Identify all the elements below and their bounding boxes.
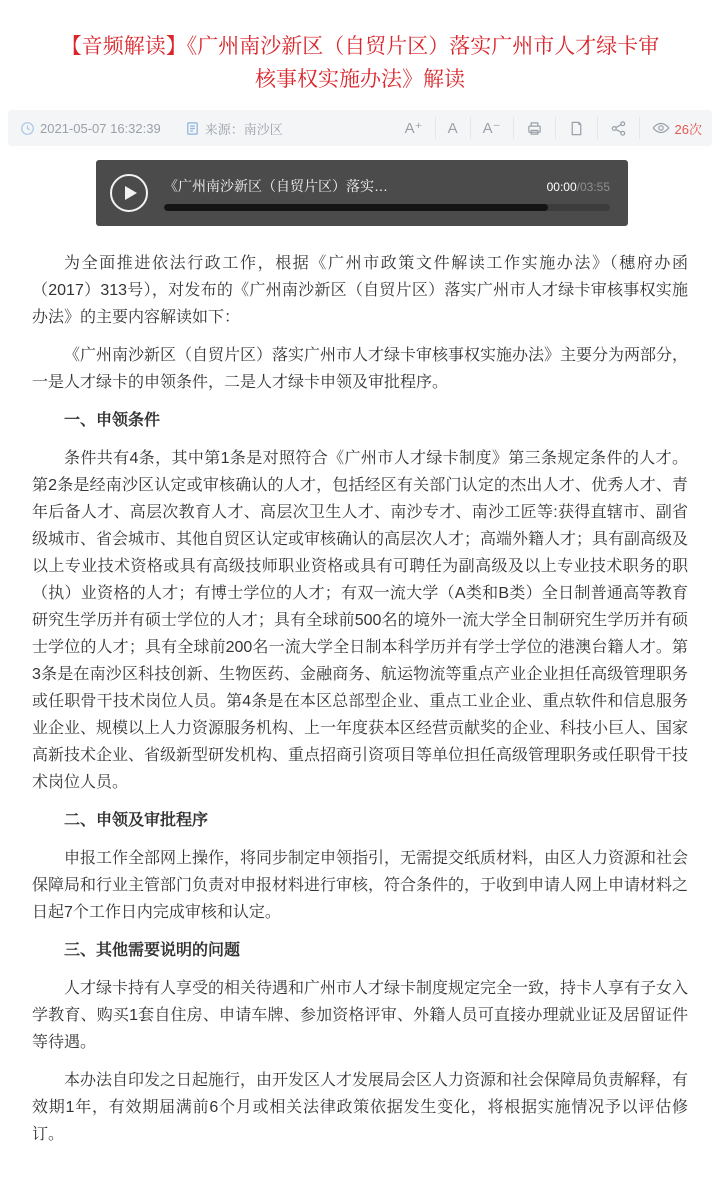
page-title: 【音频解读】《广州南沙新区（自贸片区）落实广州市人才绿卡审核事权实施办法》解读 [60, 30, 660, 96]
eye-icon [652, 119, 670, 137]
document-icon [185, 121, 200, 136]
paragraph-procedure: 申报工作全部网上操作，将同步制定申领指引，无需提交纸质材料，由区人力资源和社会保… [32, 845, 688, 926]
font-reset-button[interactable]: A [436, 117, 471, 139]
audio-time: 00:00/03:55 [547, 180, 610, 194]
player-toprow: 《广州南沙新区（自贸片区）落实… 00:00/03:55 [164, 176, 610, 196]
audio-player: 《广州南沙新区（自贸片区）落实… 00:00/03:55 [96, 160, 628, 226]
paragraph-validity: 本办法自印发之日起施行，由开发区人才发展局会区人力资源和社会保障局负责解释，有效… [32, 1067, 688, 1148]
paragraph-intro: 为全面推进依法行政工作，根据《广州市政策文件解读工作实施办法》（穗府办函（201… [32, 250, 688, 331]
copy-button[interactable] [556, 117, 598, 139]
player-main: 《广州南沙新区（自贸片区）落实… 00:00/03:55 [164, 176, 610, 211]
progress-bar[interactable] [164, 204, 610, 211]
section-1-heading: 一、申领条件 [32, 407, 688, 434]
source-label: 来源：南沙区 [205, 119, 283, 138]
progress-fill [164, 204, 548, 211]
meta-bar: 2021-05-07 16:32:39 来源：南沙区 A⁺ A A⁻ [8, 110, 712, 146]
share-button[interactable] [598, 117, 640, 139]
meta-left: 2021-05-07 16:32:39 来源：南沙区 [20, 119, 301, 138]
article-body: 为全面推进依法行政工作，根据《广州市政策文件解读工作实施办法》（穗府办函（201… [0, 226, 720, 1185]
source: 来源：南沙区 [185, 119, 283, 138]
current-time: 00:00 [547, 180, 577, 194]
printer-icon [526, 120, 543, 137]
duration: 03:55 [580, 180, 610, 194]
play-button[interactable] [110, 174, 148, 212]
font-decrease-button[interactable]: A⁻ [471, 117, 514, 139]
view-count-label: 26次 [675, 119, 702, 138]
view-counter: 26次 [640, 119, 702, 138]
play-icon [125, 186, 137, 200]
copy-icon [568, 120, 585, 137]
clock-icon [20, 121, 35, 136]
font-increase-button[interactable]: A⁺ [393, 117, 436, 139]
publish-datetime-label: 2021-05-07 16:32:39 [40, 121, 161, 136]
audio-title: 《广州南沙新区（自贸片区）落实… [164, 176, 388, 196]
publish-datetime: 2021-05-07 16:32:39 [20, 121, 161, 136]
toolbar: A⁺ A A⁻ [393, 117, 702, 139]
paragraph-conditions: 条件共有4条，其中第1条是对照符合《广州市人才绿卡制度》第三条规定条件的人才。第… [32, 445, 688, 796]
section-2-heading: 二、申领及审批程序 [32, 807, 688, 834]
share-icon [610, 120, 627, 137]
paragraph-overview: 《广州南沙新区（自贸片区）落实广州市人才绿卡审核事权实施办法》主要分为两部分，一… [32, 342, 688, 396]
print-button[interactable] [514, 117, 556, 139]
paragraph-benefits: 人才绿卡持有人享受的相关待遇和广州市人才绿卡制度规定完全一致，持卡人享有子女入学… [32, 975, 688, 1056]
section-3-heading: 三、其他需要说明的问题 [32, 937, 688, 964]
